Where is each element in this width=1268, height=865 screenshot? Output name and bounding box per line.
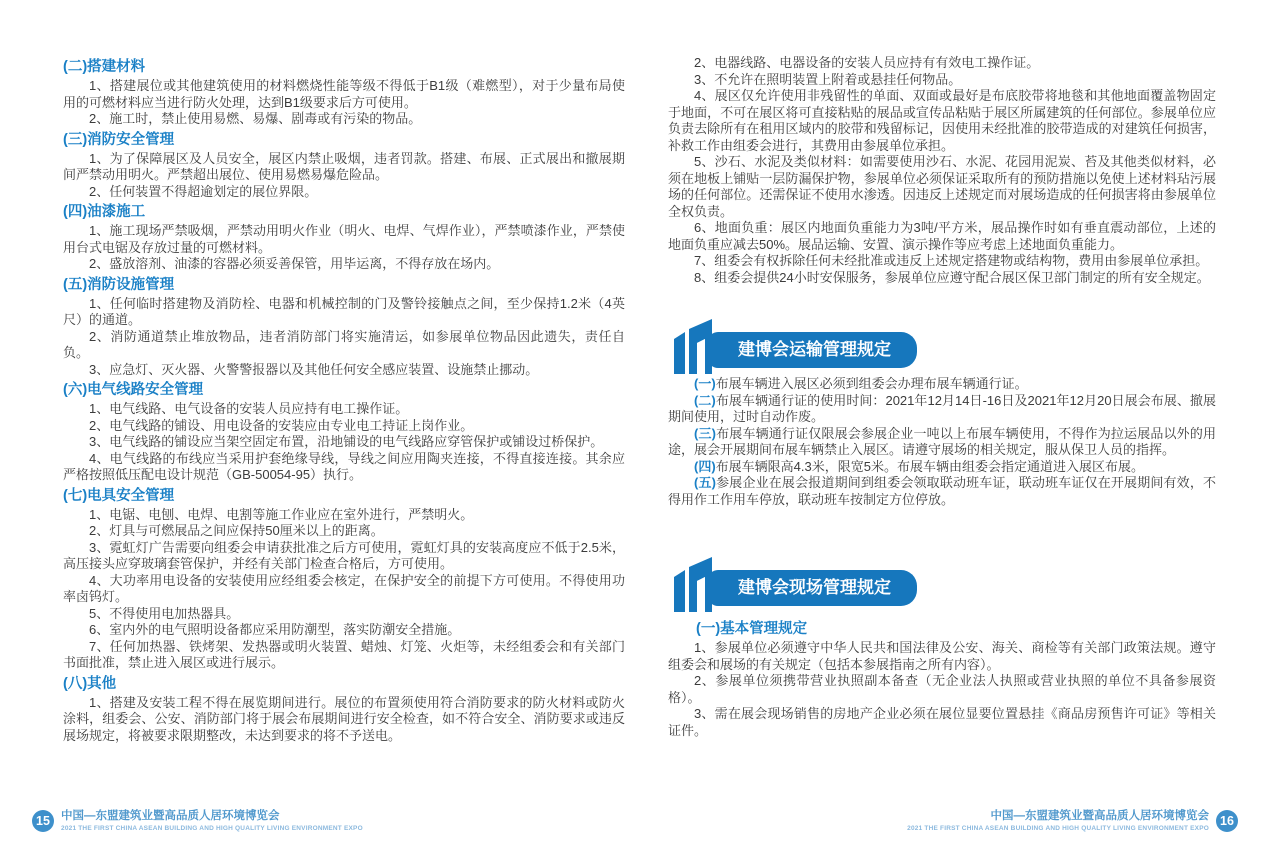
body-paragraph: 1、参展单位必须遵守中华人民共和国法律及公安、海关、商检等有关部门政策法规。遵守… (668, 640, 1216, 673)
site-subheading: (一)基本管理规定 (696, 620, 1216, 639)
body-paragraph: 2、施工时，禁止使用易燃、易爆、剧毒或有污染的物品。 (63, 111, 625, 128)
body-paragraph: 3、霓虹灯广告需要向组委会申请获批准之后方可使用，霓虹灯具的安装高度应不低于2.… (63, 540, 625, 573)
banner-title: 建博会运输管理规定 (708, 332, 917, 368)
item-marker: (二) (694, 393, 716, 408)
body-paragraph: 1、任何临时搭建物及消防栓、电器和机械控制的门及警铃接触点之间，至少保持1.2米… (63, 296, 625, 329)
transport-regulations-banner: 建博会运输管理规定 (668, 316, 1216, 374)
body-paragraph: 2、任何装置不得超逾划定的展位界限。 (63, 184, 625, 201)
body-paragraph: 1、为了保障展区及人员安全，展区内禁止吸烟，违者罚款。搭建、布展、正式展出和撤展… (63, 151, 625, 184)
transport-item: (二)布展车辆通行证的使用时间：2021年12月14日-16日及2021年12月… (668, 393, 1216, 426)
continued-regulations: 2、电器线路、电器设备的安装人员应持有有效电工操作证。 3、不允许在照明装置上附… (668, 55, 1216, 286)
section-heading: (二)搭建材料 (63, 58, 625, 77)
transport-item: (四)布展车辆限高4.3米，限宽5米。布展车辆由组委会指定通道进入展区布展。 (668, 459, 1216, 476)
section-heading: (八)其他 (63, 675, 625, 694)
section-heading: (六)电气线路安全管理 (63, 381, 625, 400)
document-page-spread: (二)搭建材料 1、搭建展位或其他建筑使用的材料燃烧性能等级不得低于B1级（难燃… (0, 0, 1268, 865)
item-text: 布展车辆进入展区必须到组委会办理布展车辆通行证。 (716, 376, 1028, 391)
body-paragraph: 6、室内外的电气照明设备都应采用防潮型，落实防潮安全措施。 (63, 622, 625, 639)
body-paragraph: 2、灯具与可燃展品之间应保持50厘米以上的距离。 (63, 523, 625, 540)
section-paint-work: (四)油漆施工 1、施工现场严禁吸烟，严禁动用明火作业（明火、电焊、气焊作业），… (63, 203, 625, 273)
item-text: 布展车辆限高4.3米，限宽5米。布展车辆由组委会指定通道进入展区布展。 (716, 459, 1144, 474)
body-paragraph: 3、应急灯、灭火器、火警警报器以及其他任何安全感应装置、设施禁止挪动。 (63, 362, 625, 379)
item-marker: (一) (694, 376, 716, 391)
body-paragraph: 1、电气线路、电气设备的安装人员应持有电工操作证。 (63, 401, 625, 418)
item-marker: (三) (694, 426, 716, 441)
page-number-badge: 15 (32, 810, 54, 832)
section-electrical-lines: (六)电气线路安全管理 1、电气线路、电气设备的安装人员应持有电工操作证。 2、… (63, 381, 625, 484)
footer-expo-title-cn: 中国—东盟建筑业暨高品质人居环境博览会 (61, 810, 363, 823)
right-page-footer: 中国—东盟建筑业暨高品质人居环境博览会 2021 THE FIRST CHINA… (900, 810, 1238, 833)
body-paragraph: 4、大功率用电设备的安装使用应经组委会核定，在保护安全的前提下方可使用。不得使用… (63, 573, 625, 606)
footer-expo-title-block: 中国—东盟建筑业暨高品质人居环境博览会 2021 THE FIRST CHINA… (907, 810, 1209, 833)
section-fire-facilities: (五)消防设施管理 1、任何临时搭建物及消防栓、电器和机械控制的门及警铃接触点之… (63, 276, 625, 379)
body-paragraph: 4、电气线路的布线应当采用护套绝缘导线，导线之间应用陶夹连接，不得直接连接。其余… (63, 451, 625, 484)
footer-expo-title-block: 中国—东盟建筑业暨高品质人居环境博览会 2021 THE FIRST CHINA… (61, 810, 363, 833)
expo-building-icon (674, 316, 728, 374)
banner-title: 建博会现场管理规定 (708, 570, 917, 606)
section-fire-safety: (三)消防安全管理 1、为了保障展区及人员安全，展区内禁止吸烟，违者罚款。搭建、… (63, 131, 625, 201)
body-paragraph: 2、电器线路、电器设备的安装人员应持有有效电工操作证。 (668, 55, 1216, 72)
body-paragraph: 3、不允许在照明装置上附着或悬挂任何物品。 (668, 72, 1216, 89)
transport-item: (三)布展车辆通行证仅限展会参展企业一吨以上布展车辆使用，不得作为拉运展品以外的… (668, 426, 1216, 459)
item-marker: (五) (694, 475, 716, 490)
section-heading: (七)电具安全管理 (63, 487, 625, 506)
site-regulations-list: (一)基本管理规定 1、参展单位必须遵守中华人民共和国法律及公安、海关、商检等有… (668, 620, 1216, 739)
body-paragraph: 1、搭建及安装工程不得在展览期间进行。展位的布置须使用符合消防要求的防火材料或防… (63, 695, 625, 745)
footer-expo-title-en: 2021 THE FIRST CHINA ASEAN BUILDING AND … (61, 824, 363, 833)
body-paragraph: 3、需在展会现场销售的房地产企业必须在展位显要位置悬挂《商品房预售许可证》等相关… (668, 706, 1216, 739)
transport-item: (一)布展车辆进入展区必须到组委会办理布展车辆通行证。 (668, 376, 1216, 393)
body-paragraph: 1、电锯、电刨、电焊、电割等施工作业应在室外进行，严禁明火。 (63, 507, 625, 524)
body-paragraph: 4、展区仅允许使用非残留性的单面、双面或最好是布底胶带将地毯和其他地面覆盖物固定… (668, 88, 1216, 154)
section-build-materials: (二)搭建材料 1、搭建展位或其他建筑使用的材料燃烧性能等级不得低于B1级（难燃… (63, 58, 625, 128)
body-paragraph: 5、不得使用电加热器具。 (63, 606, 625, 623)
body-paragraph: 7、组委会有权拆除任何未经批准或违反上述规定搭建物或结构物，费用由参展单位承担。 (668, 253, 1216, 270)
body-paragraph: 3、电气线路的铺设应当架空固定布置，沿地铺设的电气线路应穿管保护或铺设过桥保护。 (63, 434, 625, 451)
body-paragraph: 2、消防通道禁止堆放物品，违者消防部门将实施清运，如参展单位物品因此遗失，责任自… (63, 329, 625, 362)
body-paragraph: 8、组委会提供24小时安保服务，参展单位应遵守配合展区保卫部门制定的所有安全规定… (668, 270, 1216, 287)
left-page-footer: 15 中国—东盟建筑业暨高品质人居环境博览会 2021 THE FIRST CH… (32, 810, 370, 833)
section-heading: (三)消防安全管理 (63, 131, 625, 150)
item-text: 布展车辆通行证的使用时间：2021年12月14日-16日及2021年12月20日… (668, 393, 1216, 425)
section-electrical-tools: (七)电具安全管理 1、电锯、电刨、电焊、电割等施工作业应在室外进行，严禁明火。… (63, 487, 625, 672)
body-paragraph: 1、搭建展位或其他建筑使用的材料燃烧性能等级不得低于B1级（难燃型），对于少量布… (63, 78, 625, 111)
item-text: 参展企业在展会报道期间到组委会领取联动班车证，联动班车证仅在开展期间有效，不得用… (668, 475, 1216, 507)
section-heading: (四)油漆施工 (63, 203, 625, 222)
body-paragraph: 5、沙石、水泥及类似材料：如需要使用沙石、水泥、花园用泥炭、苔及其他类似材料，必… (668, 154, 1216, 220)
body-paragraph: 2、盛放溶剂、油漆的容器必须妥善保管，用毕运离，不得存放在场内。 (63, 256, 625, 273)
section-heading: (五)消防设施管理 (63, 276, 625, 295)
body-paragraph: 6、地面负重：展区内地面负重能力为3吨/平方米，展品操作时如有垂直震动部位，上述… (668, 220, 1216, 253)
body-paragraph: 2、参展单位须携带营业执照副本备查（无企业法人执照或营业执照的单位不具备参展资格… (668, 673, 1216, 706)
transport-item: (五)参展企业在展会报道期间到组委会领取联动班车证，联动班车证仅在开展期间有效，… (668, 475, 1216, 508)
section-others: (八)其他 1、搭建及安装工程不得在展览期间进行。展位的布置须使用符合消防要求的… (63, 675, 625, 745)
body-paragraph: 2、电气线路的铺设、用电设备的安装应由专业电工持证上岗作业。 (63, 418, 625, 435)
right-page-column: 2、电器线路、电器设备的安装人员应持有有效电工操作证。 3、不允许在照明装置上附… (668, 55, 1216, 739)
left-page-column: (二)搭建材料 1、搭建展位或其他建筑使用的材料燃烧性能等级不得低于B1级（难燃… (63, 55, 625, 744)
body-paragraph: 1、施工现场严禁吸烟，严禁动用明火作业（明火、电焊、气焊作业），严禁喷漆作业，严… (63, 223, 625, 256)
item-text: 布展车辆通行证仅限展会参展企业一吨以上布展车辆使用，不得作为拉运展品以外的用途，… (668, 426, 1216, 458)
item-marker: (四) (694, 459, 716, 474)
body-paragraph: 7、任何加热器、铁烤架、发热器或明火装置、蜡烛、灯笼、火炬等，未经组委会和有关部… (63, 639, 625, 672)
transport-regulations-list: (一)布展车辆进入展区必须到组委会办理布展车辆通行证。 (二)布展车辆通行证的使… (668, 376, 1216, 508)
footer-expo-title-cn: 中国—东盟建筑业暨高品质人居环境博览会 (907, 810, 1209, 823)
site-regulations-banner: 建博会现场管理规定 (668, 554, 1216, 612)
expo-building-icon (674, 554, 728, 612)
page-number-badge: 16 (1216, 810, 1238, 832)
footer-expo-title-en: 2021 THE FIRST CHINA ASEAN BUILDING AND … (907, 824, 1209, 833)
